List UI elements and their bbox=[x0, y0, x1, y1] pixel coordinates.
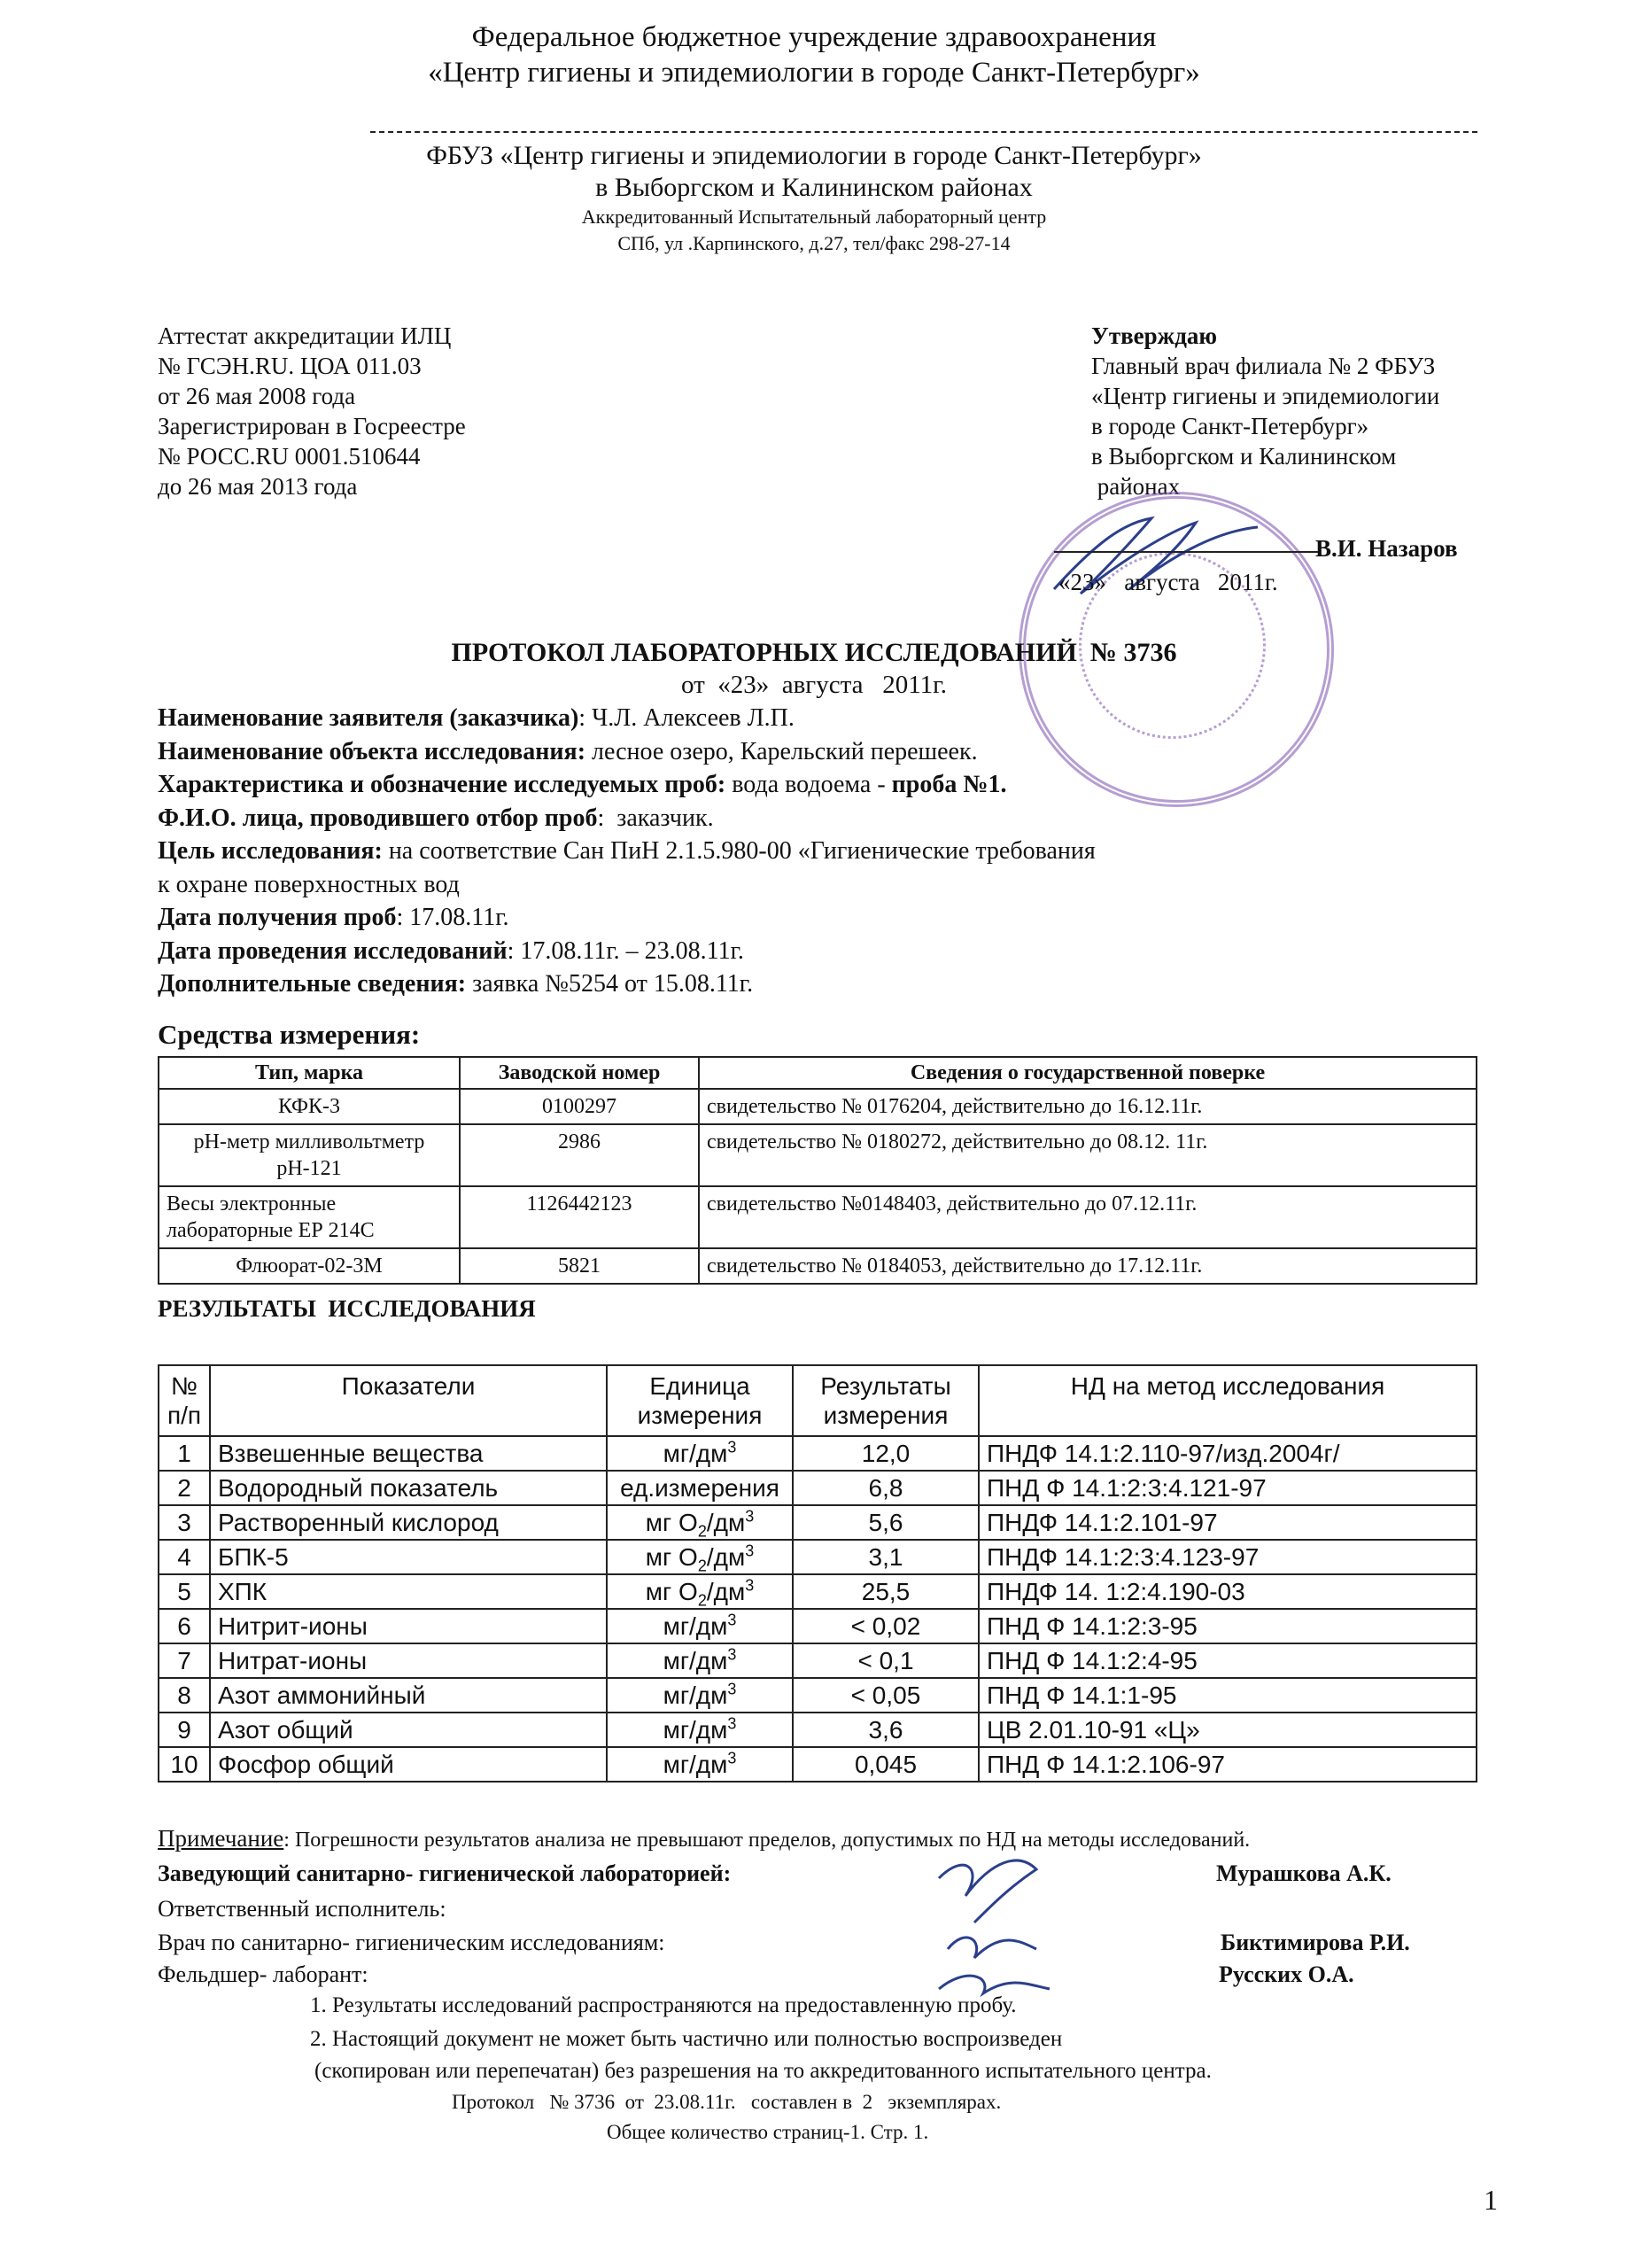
table-row: 5 ХПК мг O2/дм3 25,5 ПНДФ 14. 1:2:4.190-… bbox=[159, 1574, 1477, 1609]
info-object: Наименование объекта исследования: лесно… bbox=[158, 735, 1398, 769]
table-row: 2 Водородный показатель ед.измерения 6,8… bbox=[159, 1471, 1477, 1505]
protocol-title: ПРОТОКОЛ ЛАБОРАТОРНЫХ ИССЛЕДОВАНИЙ № 373… bbox=[0, 638, 1628, 668]
footer-note-2b: (скопирован или перепечатан) без разреше… bbox=[314, 2059, 1212, 2084]
approval-line: в Выборгском и Калининском bbox=[1091, 441, 1439, 471]
table-row: 8 Азот аммонийный мг/дм3 < 0,05 ПНД Ф 14… bbox=[159, 1678, 1477, 1713]
head-name: Мурашкова А.К. bbox=[1216, 1860, 1392, 1887]
org-header: Федеральное бюджетное учреждение здравоо… bbox=[0, 19, 1628, 90]
branch-header: ФБУЗ «Центр гигиены и эпидемиологии в го… bbox=[0, 140, 1628, 257]
lab-name: Аккредитованный Испытательный лабораторн… bbox=[0, 204, 1628, 230]
accreditation-line: Зарегистрирован в Госреестре bbox=[158, 411, 466, 441]
accreditation-block: Аттестат аккредитации ИЛЦ № ГСЭН.RU. ЦОА… bbox=[158, 321, 466, 501]
footer-pages: Общее количество страниц-1. Стр. 1. bbox=[607, 2121, 928, 2144]
info-applicant: Наименование заявителя (заказчика): Ч.Л.… bbox=[158, 702, 1398, 735]
approval-block: Утверждаю Главный врач филиала № 2 ФБУЗ … bbox=[1091, 321, 1439, 501]
staff-signatures bbox=[921, 1843, 1054, 2002]
accreditation-line: № РОСС.RU 0001.510644 bbox=[158, 441, 466, 471]
table-row: Весы электронные лабораторные ЕР 214С 11… bbox=[159, 1186, 1477, 1248]
table-row: 9 Азот общий мг/дм3 3,6 ЦВ 2.01.10-91 «Ц… bbox=[159, 1713, 1477, 1747]
col-header-verification: Сведения о государственной поверке bbox=[699, 1057, 1477, 1089]
director-name: В.И. Назаров bbox=[1315, 535, 1458, 563]
table-row: 1 Взвешенные вещества мг/дм3 12,0 ПНДФ 1… bbox=[159, 1436, 1477, 1471]
col-header-num: № п/п bbox=[159, 1365, 210, 1436]
col-header-serial: Заводской номер bbox=[460, 1057, 699, 1089]
approval-line: Главный врач филиала № 2 ФБУЗ bbox=[1091, 351, 1439, 381]
header-divider bbox=[370, 131, 1477, 133]
col-header-unit: Единица измерения bbox=[607, 1365, 793, 1436]
info-purpose-cont: к охране поверхностных вод bbox=[158, 868, 1398, 902]
table-row: 6 Нитрит-ионы мг/дм3 < 0,02 ПНД Ф 14.1:2… bbox=[159, 1609, 1477, 1643]
table-header-row: № п/п Показатели Единица измерения Резул… bbox=[159, 1365, 1477, 1436]
instruments-title: Средства измерения: bbox=[158, 1019, 420, 1051]
footer-note-2a: 2. Настоящий документ не может быть част… bbox=[310, 2027, 1062, 2052]
signature-doctor: Врач по санитарно- гигиеническим исследо… bbox=[158, 1930, 1477, 1956]
info-sample: Характеристика и обозначение исследуемых… bbox=[158, 768, 1398, 802]
instruments-table: Тип, марка Заводской номер Сведения о го… bbox=[158, 1056, 1477, 1285]
branch-line-1: ФБУЗ «Центр гигиены и эпидемиологии в го… bbox=[0, 140, 1628, 172]
lab-address: СПб, ул .Карпинского, д.27, тел/факс 298… bbox=[0, 230, 1628, 257]
table-row: 3 Растворенный кислород мг O2/дм3 5,6 ПН… bbox=[159, 1505, 1477, 1540]
doctor-name: Биктимирова Р.И. bbox=[1221, 1930, 1410, 1956]
accreditation-line: до 26 мая 2013 года bbox=[158, 471, 466, 501]
signature-assistant: Фельдшер- лаборант: Русских О.А. bbox=[158, 1961, 1477, 1988]
table-row: 7 Нитрат-ионы мг/дм3 < 0,1 ПНД Ф 14.1:2:… bbox=[159, 1643, 1477, 1678]
results-title: РЕЗУЛЬТАТЫ ИССЛЕДОВАНИЯ bbox=[158, 1295, 536, 1323]
accreditation-line: № ГСЭН.RU. ЦОА 011.03 bbox=[158, 351, 466, 381]
approval-line: «Центр гигиены и эпидемиологии bbox=[1091, 381, 1439, 411]
footer-copies: Протокол № 3736 от 23.08.11г. составлен … bbox=[452, 2091, 1001, 2114]
note-label: Примечание bbox=[158, 1825, 283, 1852]
table-row: КФК-3 0100297 свидетельство № 0176204, д… bbox=[159, 1089, 1477, 1124]
table-header-row: Тип, марка Заводской номер Сведения о го… bbox=[159, 1057, 1477, 1089]
info-received-date: Дата получения проб: 17.08.11г. bbox=[158, 901, 1398, 935]
approval-date: «23» августа 2011г. bbox=[1058, 569, 1278, 596]
protocol-date: от «23» августа 2011г. bbox=[0, 671, 1628, 700]
table-row: рН-метр милливольтметр рН-121 2986 свиде… bbox=[159, 1124, 1477, 1186]
info-sampler: Ф.И.О. лица, проводившего отбор проб: за… bbox=[158, 802, 1398, 835]
col-header-result: Результаты измерения bbox=[793, 1365, 979, 1436]
col-header-type: Тип, марка bbox=[159, 1057, 460, 1089]
note: Примечание: Погрешности результатов анал… bbox=[158, 1825, 1250, 1852]
note-text: : Погрешности результатов анализа не пре… bbox=[283, 1829, 1250, 1852]
info-purpose: Цель исследования: на соответствие Сан П… bbox=[158, 835, 1398, 868]
results-table: № п/п Показатели Единица измерения Резул… bbox=[158, 1364, 1477, 1783]
info-additional: Дополнительные сведения: заявка №5254 от… bbox=[158, 967, 1398, 1001]
approval-line: в городе Санкт-Петербург» bbox=[1091, 411, 1439, 441]
branch-line-2: в Выборгском и Калининском районах bbox=[0, 172, 1628, 204]
table-row: Флюорат-02-3М 5821 свидетельство № 01840… bbox=[159, 1248, 1477, 1284]
info-research-dates: Дата проведения исследований: 17.08.11г.… bbox=[158, 935, 1398, 968]
approval-title: Утверждаю bbox=[1091, 321, 1439, 351]
signature-line bbox=[1054, 551, 1320, 553]
accreditation-line: от 26 мая 2008 года bbox=[158, 381, 466, 411]
protocol-info: Наименование заявителя (заказчика): Ч.Л.… bbox=[158, 702, 1398, 1001]
table-row: 10 Фосфор общий мг/дм3 0,045 ПНД Ф 14.1:… bbox=[159, 1747, 1477, 1782]
signature-head: Заведующий санитарно- гигиенической лабо… bbox=[158, 1860, 1477, 1887]
footer-note-1: 1. Результаты исследований распространяю… bbox=[310, 1993, 1016, 2018]
accreditation-line: Аттестат аккредитации ИЛЦ bbox=[158, 321, 466, 351]
assistant-name: Русских О.А. bbox=[1219, 1961, 1354, 1988]
table-row: 4 БПК-5 мг O2/дм3 3,1 ПНДФ 14.1:2:3:4.12… bbox=[159, 1540, 1477, 1574]
responsible-label: Ответственный исполнитель: bbox=[158, 1896, 1477, 1922]
org-line-2: «Центр гигиены и эпидемиологии в городе … bbox=[0, 55, 1628, 90]
org-line-1: Федеральное бюджетное учреждение здравоо… bbox=[0, 19, 1628, 55]
col-header-indicator: Показатели bbox=[210, 1365, 607, 1436]
col-header-method: НД на метод исследования bbox=[979, 1365, 1477, 1436]
page-number: 1 bbox=[1484, 2184, 1498, 2217]
